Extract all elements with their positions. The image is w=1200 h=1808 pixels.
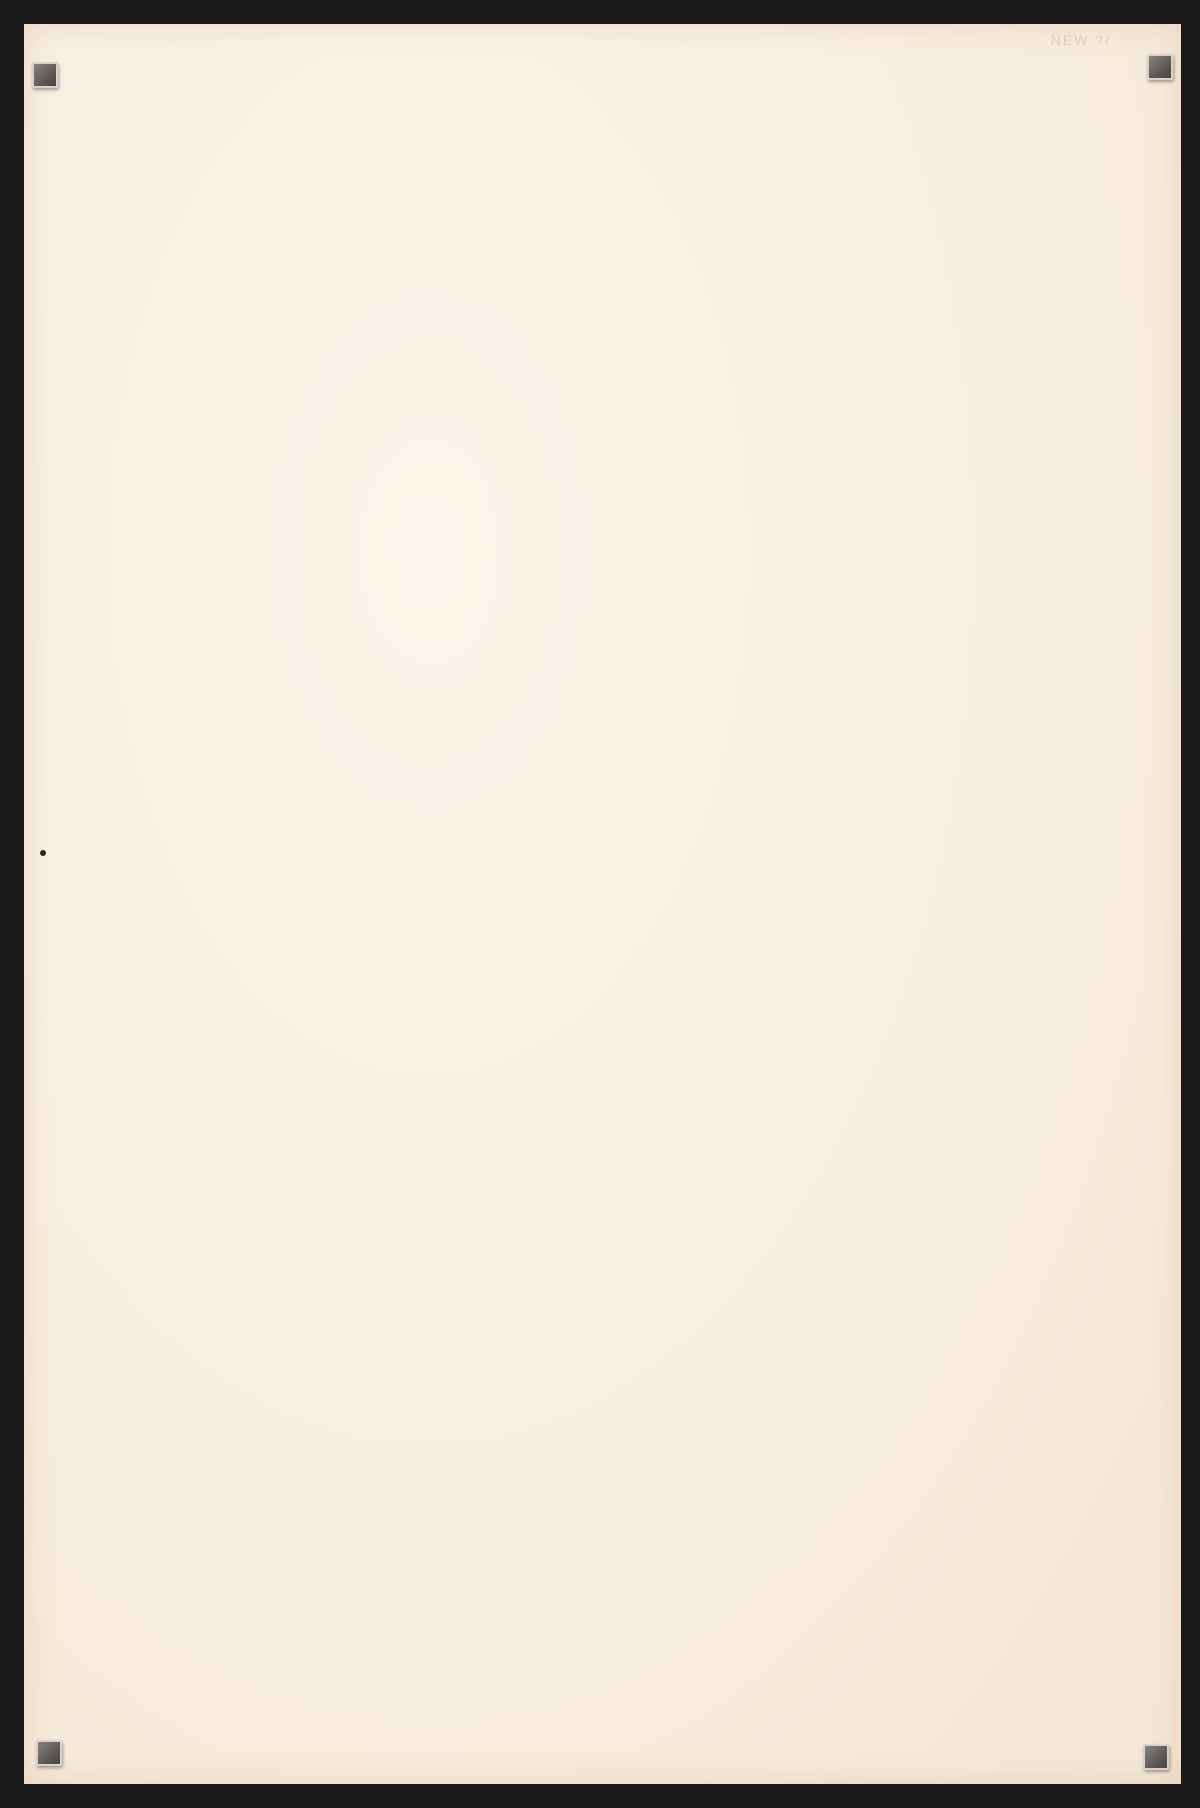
handwritten-note: NEW ?/ xyxy=(1051,32,1111,48)
magnet-top-right xyxy=(1147,54,1173,80)
poster-back: NEW ?/ xyxy=(24,24,1181,1784)
magnet-top-left xyxy=(32,62,58,88)
magnet-bottom-right xyxy=(1143,1744,1169,1770)
pinhole xyxy=(40,850,46,856)
magnet-bottom-left xyxy=(36,1740,62,1766)
